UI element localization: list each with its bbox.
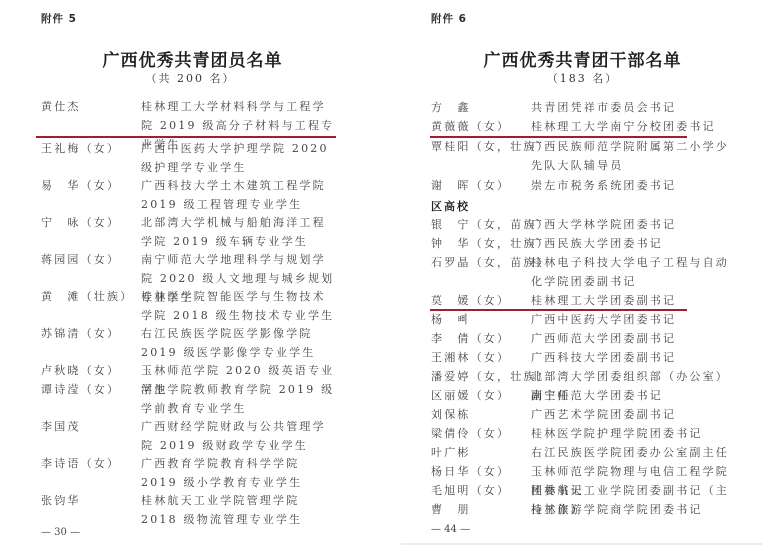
page-left-annex-5: 附件 5 广西优秀共青团员名单 （共 200 名） 黄仕杰 桂林理工大学材料科学… [0,0,381,546]
member-desc: 桂林航天工业学院管理学院 2018 级物流管理专业学生 [141,491,336,529]
page-number: — 44 — [431,524,470,535]
member-name: 王礼梅（女） [41,139,120,158]
cadre-name: 王湘林（女） [431,348,510,367]
page-right-annex-6: 附件 6 广西优秀共青团干部名单 （183 名） 方 鑫 共青团凭祥市委员会书记… [381,0,762,546]
cadre-desc: 南宁师范大学团委书记 [531,386,731,405]
member-name: 李国茂 [41,417,81,436]
cadre-desc: 广西科技大学团委副书记 [531,348,731,367]
cadre-desc: 共青团凭祥市委员会书记 [531,98,731,117]
cadre-name: 梁倩伶（女） [431,424,510,443]
member-desc: 桂林医学院智能医学与生物技术学院 2018 级生物技术专业学生 [141,287,336,325]
cadre-name: 叶广彬 [431,443,471,462]
cadre-name: 方 鑫 [431,98,471,117]
cadre-name: 李 倩（女） [431,329,510,348]
page-edge-shadow [401,543,762,545]
member-name: 宁 咏（女） [41,213,120,232]
page-number: — 30 — [41,527,80,538]
cadre-desc: 崇左市税务系统团委书记 [531,176,731,195]
annex-label: 附件 6 [431,11,467,26]
member-name: 李诗语（女） [41,454,120,473]
cadre-desc: 桂林理工大学团委副书记 [531,291,731,310]
member-name: 卢秋晓（女） [41,361,120,380]
member-name: 易 华（女） [41,176,120,195]
cadre-desc: 广西师范大学团委副书记 [531,329,731,348]
page-subtitle: （183 名） [392,70,762,86]
member-desc: 右江民族医学院医学影像学院 2019 级医学影像学专业学生 [141,324,336,362]
member-desc: 广西教育学院教育科学学院 2019 级小学教育专业学生 [141,454,336,492]
cadre-name: 刘保栋 [431,405,471,424]
cadre-name: 莫 媛（女） [431,291,510,310]
cadre-desc: 右江民族医学院团委办公室副主任 [531,443,731,462]
member-desc: 北部湾大学机械与船舶海洋工程学院 2019 级车辆专业学生 [141,213,336,251]
cadre-name: 毛旭明（女） [431,481,510,500]
cadre-desc: 广西民族师范学院附属第二小学少先队大队辅导员 [531,137,731,175]
cadre-name: 区丽媛（女） [431,386,510,405]
cadre-desc: 桂林理工大学南宁分校团委书记 [531,117,731,136]
member-name: 黄 滩（壮族） [41,287,133,306]
cadre-desc: 桂林旅游学院商学院团委书记 [531,500,731,519]
member-name: 苏锦清（女） [41,324,120,343]
cadre-desc: 广西大学林学院团委书记 [531,215,731,234]
page-title: 广西优秀共青团干部名单 [392,46,762,71]
member-name: 黄仕杰 [41,97,81,116]
highlight-underline [36,136,336,138]
member-name: 谭诗滢（女） [41,380,120,399]
cadre-desc: 桂林医学院护理学院团委书记 [531,424,731,443]
cadre-desc: 广西艺术学院团委副书记 [531,405,731,424]
cadre-name: 谢 晖（女） [431,176,510,195]
cadre-name: 杨 삐 [431,310,470,329]
member-desc: 广西中医药大学护理学院 2020 级护理学专业学生 [141,139,336,177]
section-heading: 区高校 [431,198,470,214]
cadre-desc: 广西中医药大学团委书记 [531,310,731,329]
page-subtitle: （共 200 名） [0,70,381,86]
cadre-name: 杨日华（女） [431,462,510,481]
member-desc: 广西财经学院财政与公共管理学院 2019 级财政学专业学生 [141,417,336,455]
member-desc: 河池学院教师教育学院 2019 级学前教育专业学生 [141,380,336,418]
member-name: 张钧华 [41,491,81,510]
member-name: 蒋园园（女） [41,250,120,269]
cadre-desc: 广西民族大学团委书记 [531,234,731,253]
annex-label: 附件 5 [41,11,77,26]
member-desc: 广西科技大学土木建筑工程学院 2019 级工程管理专业学生 [141,176,336,214]
cadre-name: 黄薇薇（女） [431,117,510,136]
cadre-name: 曹 朋 [431,500,471,519]
cadre-desc: 桂林电子科技大学电子工程与自动化学院团委副书记 [531,253,731,291]
page-title: 广西优秀共青团员名单 [2,46,383,71]
